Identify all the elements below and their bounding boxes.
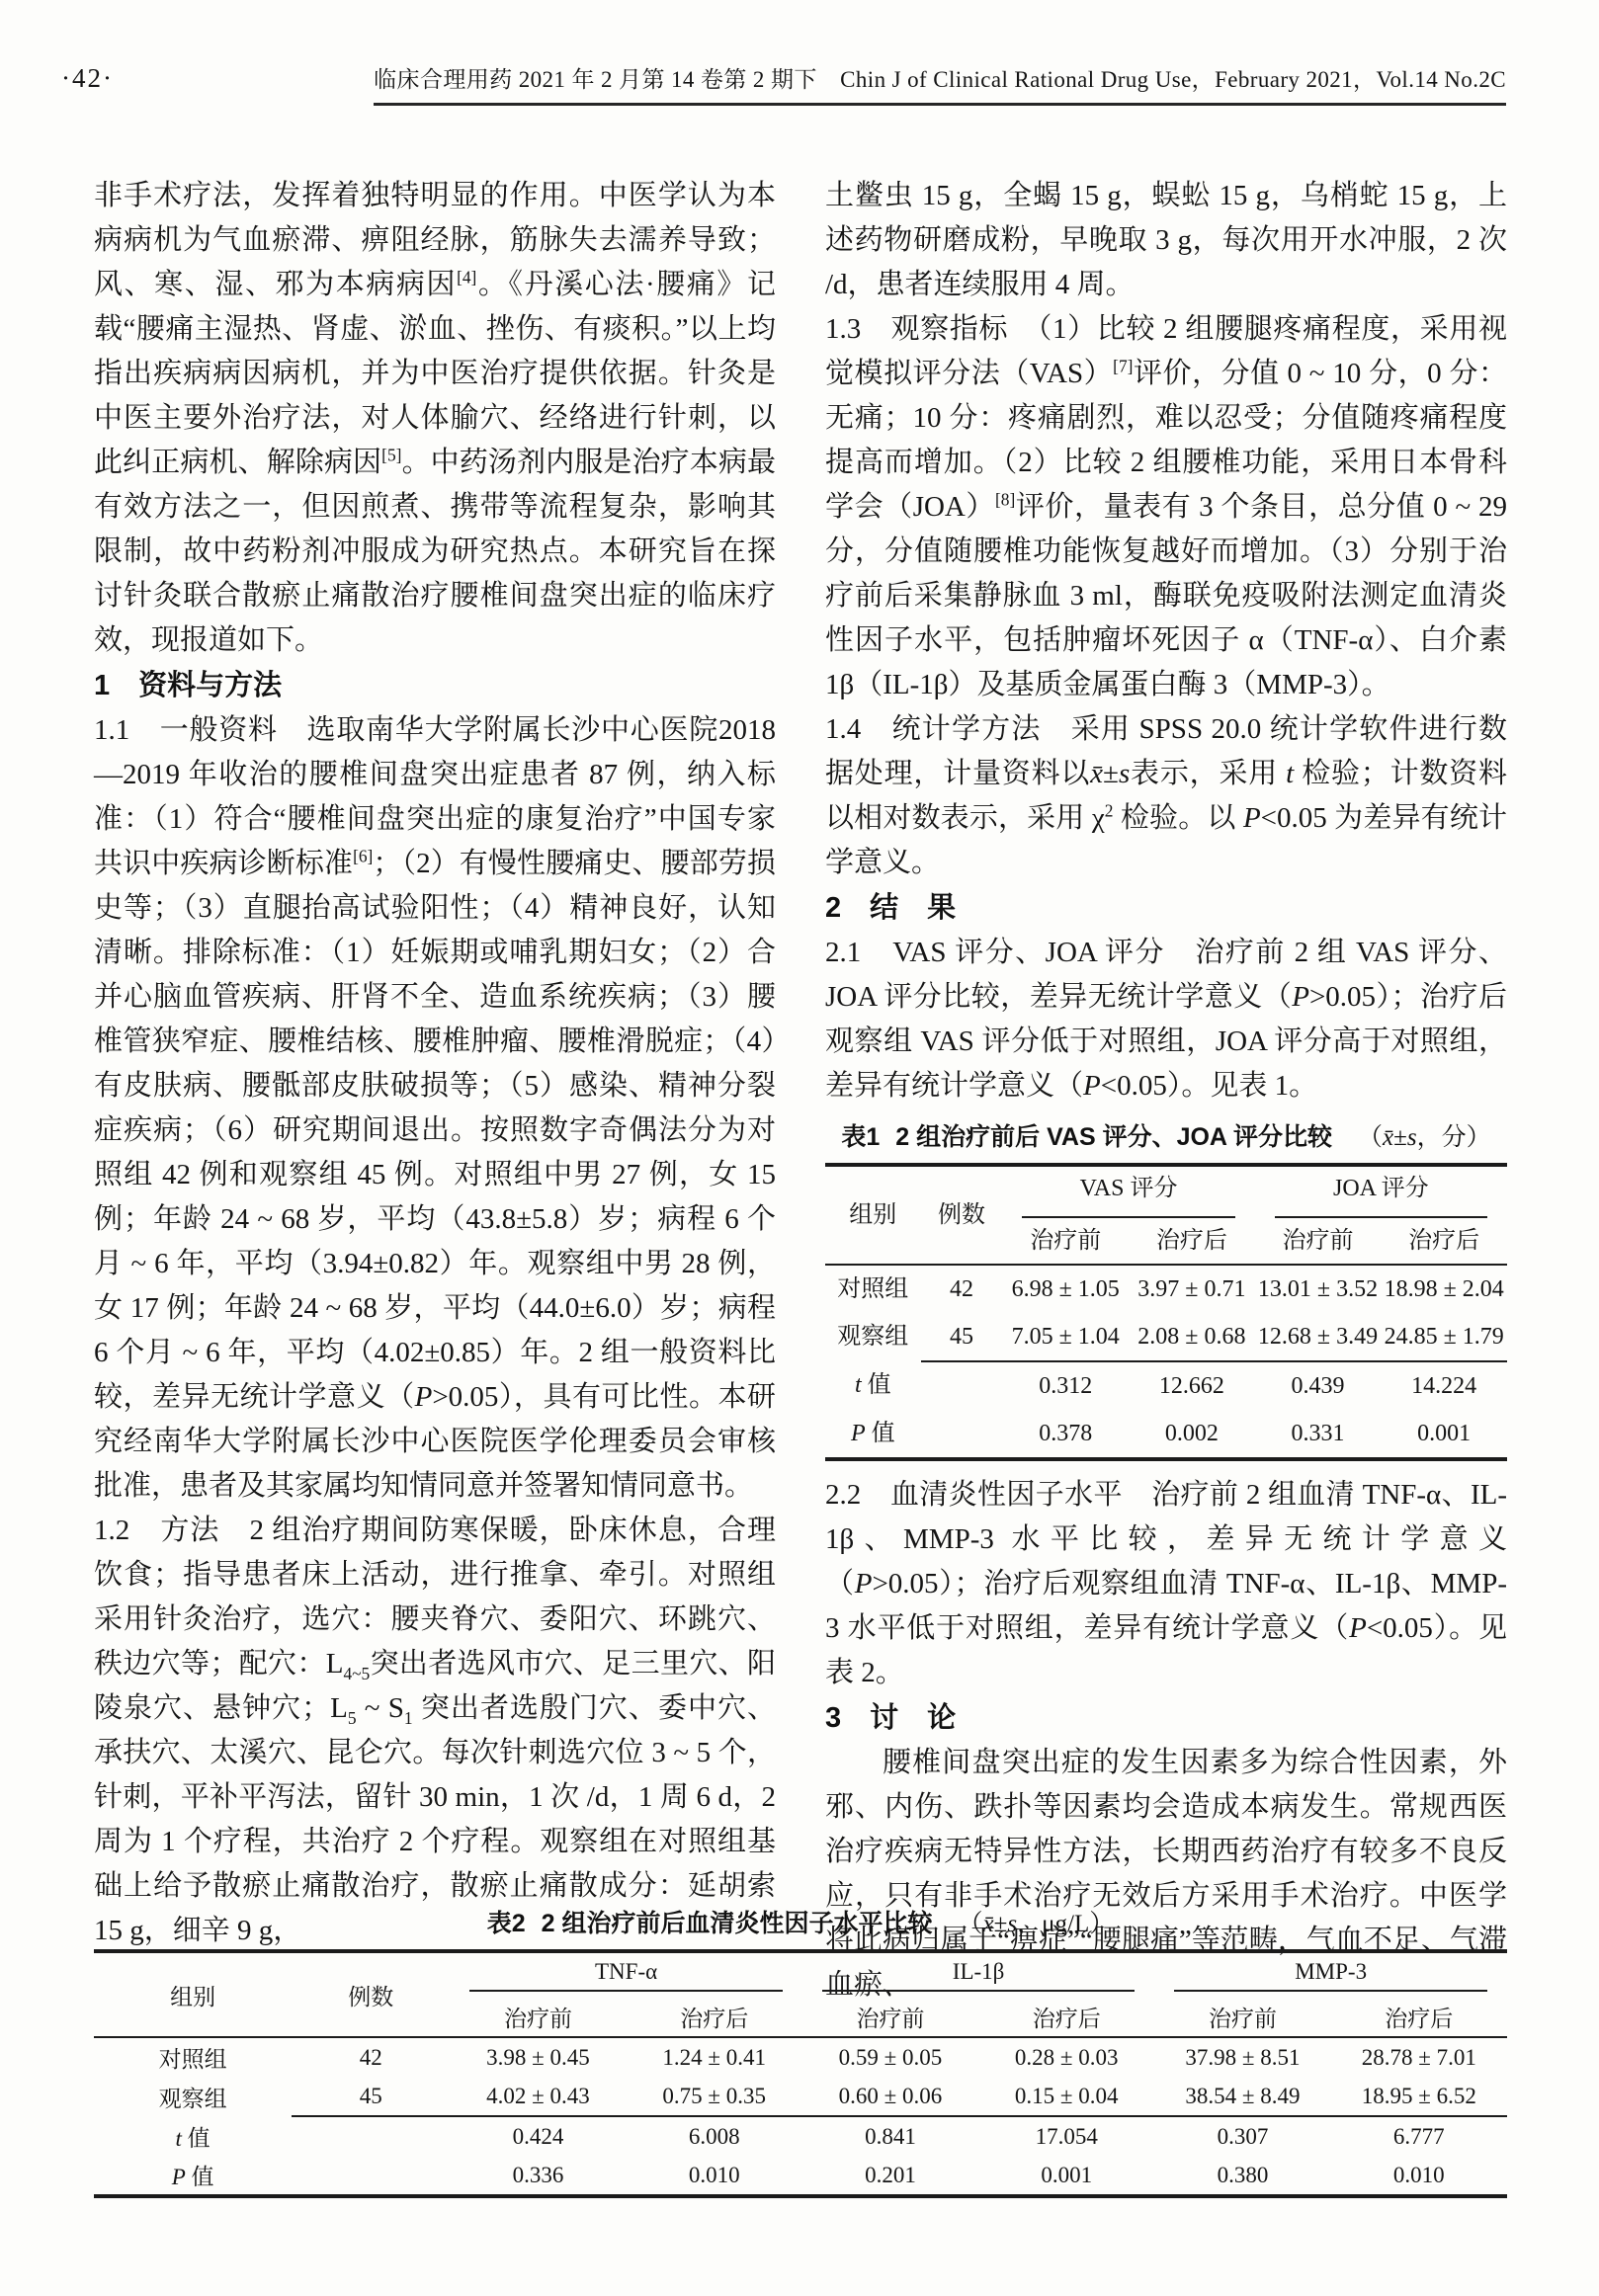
paragraph-method: 1.2 方法 2 组治疗期间防寒保暖，卧床休息，合理饮食；指导患者床上活动，进行… (94, 1509, 776, 1953)
cell-value: 0.380 (1154, 2156, 1330, 2196)
table2-header-group: 组别 (94, 1951, 292, 2037)
table2-header-n: 例数 (292, 1951, 450, 2037)
table-row: 对照组423.98 ± 0.451.24 ± 0.410.59 ± 0.050.… (94, 2037, 1507, 2077)
cell-value: 37.98 ± 8.51 (1154, 2037, 1330, 2077)
table2-caption-label: 表2 (487, 1910, 526, 1937)
cell-value: 12.662 (1129, 1361, 1255, 1410)
cell-value: 0.15 ± 0.04 (978, 2077, 1154, 2116)
row-label: t 值 (825, 1361, 921, 1410)
journal-page: ·42· 临床合理用药 2021 年 2 月第 14 卷第 2 期下 Chin … (0, 0, 1599, 2296)
cell-value: 28.78 ± 7.01 (1331, 2037, 1507, 2077)
table1-caption-label: 表1 (841, 1123, 880, 1151)
cell-value: 0.424 (450, 2116, 626, 2156)
table2-header-il1b: IL-1β (802, 1951, 1155, 1997)
cell-value: 0.841 (802, 2116, 978, 2156)
journal-header-line: 临床合理用药 2021 年 2 月第 14 卷第 2 期下 Chin J of … (374, 61, 1506, 106)
paragraph-inflammatory-results: 2.2 血清炎性因子水平 治疗前 2 组血清 TNF-α、IL-1β、MMP-3… (825, 1473, 1507, 1695)
table2-subheader: 治疗前 (802, 1997, 978, 2037)
table1-caption-text: 2 组治疗前后 VAS 评分、JOA 评分比较 (895, 1123, 1332, 1151)
table1-block: 表12 组治疗前后 VAS 评分、JOA 评分比较（x̄±s，分） 组别 例数 … (825, 1112, 1507, 1461)
paragraph-intro: 非手术疗法，发挥着独特明显的作用。中医学认为本病病机为气血瘀滞、痹阻经脉，筋脉失… (94, 174, 776, 663)
table1-vas-joa: 组别 例数 VAS 评分 JOA 评分 治疗前 治疗后 治疗前 治疗后 对照组4… (825, 1163, 1507, 1461)
table2-block: 表22 组治疗前后血清炎性因子水平比较（x̄±s，μg/L） 组别 例数 TNF… (94, 1899, 1507, 2198)
table1-subheader: 治疗后 (1129, 1218, 1255, 1265)
page-number: ·42· (61, 63, 114, 106)
cell-value: 18.98 ± 2.04 (1381, 1265, 1507, 1313)
table-row: t 值0.4246.0080.84117.0540.3076.777 (94, 2116, 1507, 2156)
table1-caption-unit: （x̄±s，分） (1358, 1124, 1491, 1151)
table2-header-tnf: TNF-α (450, 1951, 802, 1997)
row-n (921, 1410, 1003, 1459)
table1-subheader: 治疗后 (1381, 1218, 1507, 1265)
cell-value: 0.60 ± 0.06 (802, 2077, 978, 2116)
table2-subheader: 治疗前 (450, 1997, 626, 2037)
table2-caption: 表22 组治疗前后血清炎性因子水平比较（x̄±s，μg/L） (94, 1899, 1507, 1949)
table2-subheader: 治疗后 (978, 1997, 1154, 2037)
cell-value: 0.75 ± 0.35 (627, 2077, 802, 2116)
cell-value: 6.98 ± 1.05 (1002, 1265, 1129, 1313)
table1-body: 对照组426.98 ± 1.053.97 ± 0.7113.01 ± 3.521… (825, 1265, 1507, 1459)
cell-value: 3.98 ± 0.45 (450, 2037, 626, 2077)
table-row: P 值0.3360.0100.2010.0010.3800.010 (94, 2156, 1507, 2196)
table1-header-n: 例数 (921, 1165, 1003, 1265)
table-row: 观察组457.05 ± 1.042.08 ± 0.6812.68 ± 3.492… (825, 1313, 1507, 1361)
cell-value: 18.95 ± 6.52 (1331, 2077, 1507, 2116)
table2-head: 组别 例数 TNF-α IL-1β MMP-3 治疗前 治疗后 治疗前 治疗后 … (94, 1951, 1507, 2037)
cell-value: 0.331 (1255, 1410, 1382, 1459)
row-n (292, 2156, 450, 2196)
row-n: 42 (292, 2037, 450, 2077)
cell-value: 0.010 (1331, 2156, 1507, 2196)
paragraph-observation-index: 1.3 观察指标 （1）比较 2 组腰腿疼痛程度，采用视觉模拟评分法（VAS）[… (825, 307, 1507, 707)
cell-value: 6.008 (627, 2116, 802, 2156)
cell-value: 0.312 (1002, 1361, 1129, 1410)
row-n (921, 1361, 1003, 1410)
row-n (292, 2116, 450, 2156)
right-column: 土鳖虫 15 g，全蝎 15 g，蜈蚣 15 g，乌梢蛇 15 g，上述药物研磨… (825, 174, 1507, 2008)
table2-inflammatory-factors: 组别 例数 TNF-α IL-1β MMP-3 治疗前 治疗后 治疗前 治疗后 … (94, 1949, 1507, 2198)
table2-header-mmp3: MMP-3 (1154, 1951, 1507, 1997)
table2-subheader: 治疗后 (627, 1997, 802, 2037)
cell-value: 0.201 (802, 2156, 978, 2196)
table2-caption-unit: （x̄±s，μg/L） (959, 1911, 1115, 1937)
cell-value: 0.002 (1129, 1410, 1255, 1459)
table1-header-group: 组别 (825, 1165, 921, 1265)
table1-subheader: 治疗前 (1255, 1218, 1382, 1265)
cell-value: 6.777 (1331, 2116, 1507, 2156)
cell-value: 13.01 ± 3.52 (1255, 1265, 1382, 1313)
cell-value: 0.439 (1255, 1361, 1382, 1410)
table1-head: 组别 例数 VAS 评分 JOA 评分 治疗前 治疗后 治疗前 治疗后 (825, 1165, 1507, 1265)
table-row: t 值0.31212.6620.43914.224 (825, 1361, 1507, 1410)
table1-header-joa: JOA 评分 (1255, 1165, 1507, 1218)
row-n: 42 (921, 1265, 1003, 1313)
row-label: t 值 (94, 2116, 292, 2156)
section-heading-methods: 1 资料与方法 (94, 663, 776, 708)
row-label: 观察组 (94, 2077, 292, 2116)
cell-value: 4.02 ± 0.43 (450, 2077, 626, 2116)
cell-value: 1.24 ± 0.41 (627, 2037, 802, 2077)
table-row: 观察组454.02 ± 0.430.75 ± 0.350.60 ± 0.060.… (94, 2077, 1507, 2116)
cell-value: 7.05 ± 1.04 (1002, 1313, 1129, 1361)
cell-value: 0.378 (1002, 1410, 1129, 1459)
table-row: P 值0.3780.0020.3310.001 (825, 1410, 1507, 1459)
cell-value: 12.68 ± 3.49 (1255, 1313, 1382, 1361)
row-label: P 值 (94, 2156, 292, 2196)
table2-subheader: 治疗前 (1154, 1997, 1330, 2037)
row-label: P 值 (825, 1410, 921, 1459)
row-label: 观察组 (825, 1313, 921, 1361)
body-columns: 非手术疗法，发挥着独特明显的作用。中医学认为本病病机为气血瘀滞、痹阻经脉，筋脉失… (94, 174, 1507, 2008)
table2-subheader: 治疗后 (1331, 1997, 1507, 2037)
cell-value: 2.08 ± 0.68 (1129, 1313, 1255, 1361)
cell-value: 0.010 (627, 2156, 802, 2196)
cell-value: 38.54 ± 8.49 (1154, 2077, 1330, 2116)
cell-value: 17.054 (978, 2116, 1154, 2156)
section-heading-results: 2 结 果 (825, 885, 1507, 931)
left-column: 非手术疗法，发挥着独特明显的作用。中医学认为本病病机为气血瘀滞、痹阻经脉，筋脉失… (94, 174, 776, 2008)
table1-header-vas: VAS 评分 (1002, 1165, 1254, 1218)
table-row: 对照组426.98 ± 1.053.97 ± 0.7113.01 ± 3.521… (825, 1265, 1507, 1313)
paragraph-method-continued: 土鳖虫 15 g，全蝎 15 g，蜈蚣 15 g，乌梢蛇 15 g，上述药物研磨… (825, 174, 1507, 307)
cell-value: 0.307 (1154, 2116, 1330, 2156)
cell-value: 0.28 ± 0.03 (978, 2037, 1154, 2077)
cell-value: 14.224 (1381, 1361, 1507, 1410)
page-header: ·42· 临床合理用药 2021 年 2 月第 14 卷第 2 期下 Chin … (61, 61, 1506, 106)
cell-value: 24.85 ± 1.79 (1381, 1313, 1507, 1361)
cell-value: 0.001 (1381, 1410, 1507, 1459)
paragraph-general-data: 1.1 一般资料 选取南华大学附属长沙中心医院2018—2019 年收治的腰椎间… (94, 708, 776, 1509)
row-n: 45 (921, 1313, 1003, 1361)
table1-caption: 表12 组治疗前后 VAS 评分、JOA 评分比较（x̄±s，分） (825, 1112, 1507, 1163)
paragraph-vas-joa-results: 2.1 VAS 评分、JOA 评分 治疗前 2 组 VAS 评分、JOA 评分比… (825, 931, 1507, 1108)
paragraph-statistics-method: 1.4 统计学方法 采用 SPSS 20.0 统计学软件进行数据处理，计量资料以… (825, 707, 1507, 885)
table2-caption-text: 2 组治疗前后血清炎性因子水平比较 (542, 1910, 933, 1937)
cell-value: 0.59 ± 0.05 (802, 2037, 978, 2077)
row-label: 对照组 (825, 1265, 921, 1313)
cell-value: 0.336 (450, 2156, 626, 2196)
cell-value: 3.97 ± 0.71 (1129, 1265, 1255, 1313)
cell-value: 0.001 (978, 2156, 1154, 2196)
section-heading-discussion: 3 讨 论 (825, 1695, 1507, 1741)
row-label: 对照组 (94, 2037, 292, 2077)
table2-body: 对照组423.98 ± 0.451.24 ± 0.410.59 ± 0.050.… (94, 2037, 1507, 2196)
row-n: 45 (292, 2077, 450, 2116)
table1-subheader: 治疗前 (1002, 1218, 1129, 1265)
